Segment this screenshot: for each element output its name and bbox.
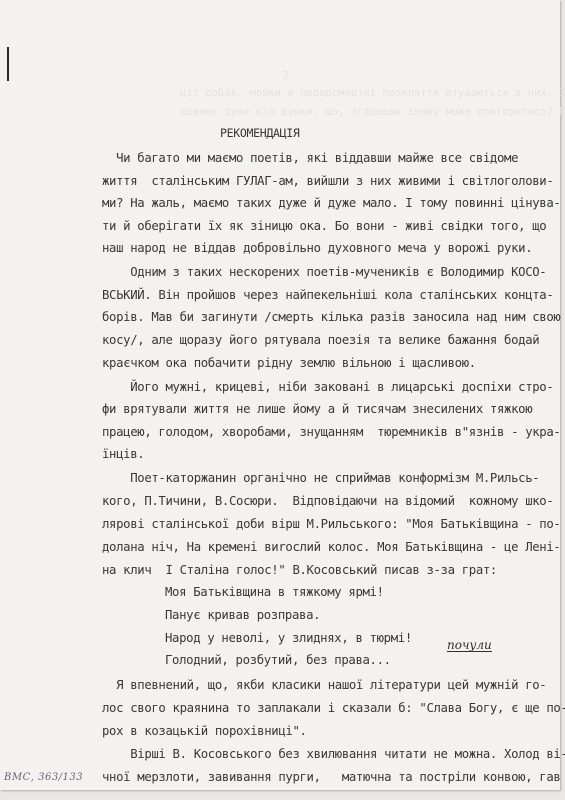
bleed-through-text: ціт собак, мойки й передсмертні проклятт… <box>180 87 565 99</box>
text-line: Вірші В. Косовського без хвилювання чита… <box>102 747 565 761</box>
handwritten-insertion: почули <box>447 640 492 652</box>
text-line: чної мерзлоти, завивання пурги, матючна … <box>102 770 560 784</box>
text-line: ВСЬКИЙ. Він пройшов через найпекельніші … <box>102 288 553 302</box>
bleed-through-text: хвилює дуже він думки, що, згадавши знов… <box>180 106 565 118</box>
text-line: наш народ не віддав добровільно духовног… <box>102 241 532 255</box>
text-line: борів. Мав би загинути /смерть кілька ра… <box>102 310 560 324</box>
bleed-through-text: - 2 - <box>270 70 302 82</box>
text-line: рох в козацькій порохівниці". <box>102 724 307 738</box>
text-line: Одним з таких нескорених поетів-мученикі… <box>102 265 546 279</box>
text-line: краєчком ока побачити рідну землю вільно… <box>102 356 476 370</box>
text-line: лос свого краянина то заплакали і сказал… <box>102 701 565 715</box>
text-line: на клич І Сталіна голос!" В.Косовський п… <box>102 563 497 577</box>
text-line: життя сталінським ГУЛАГ-ам, вийшли з них… <box>102 174 553 188</box>
text-line: лярові сталінської доби вірш М.Рильськог… <box>102 517 560 531</box>
text-line: косу/, але щоразу його рятувала поезія т… <box>102 333 539 347</box>
document-page: - 2 - ціт собак, мойки й передсмертні пр… <box>0 0 560 790</box>
text-line: фи врятували життя не лише йому а й тися… <box>102 402 532 416</box>
verse-line: Панує кривав розправа. <box>165 608 320 622</box>
verse-line: Народ у неволі, у злиднях, в тюрмі! <box>165 631 412 645</box>
text-line: долана ніч, На кремені виrослий колос. М… <box>102 540 560 554</box>
text-line: кого, П.Тичини, В.Сосюри. Відповідаючи н… <box>102 494 553 508</box>
text-line: Поет-каторжанин органічно не сприймав ко… <box>102 471 539 485</box>
text-line: працею, голодом, хворобами, знущанням тю… <box>102 425 560 439</box>
margin-mark <box>7 47 9 81</box>
text-line: Його мужні, крицеві, ніби заковані в лиц… <box>102 380 553 394</box>
text-line: ми? На жаль, маємо таких дуже й дуже мал… <box>102 196 560 210</box>
verse-line: Голодний, розбутий, без права... <box>165 653 391 667</box>
text-line: Я впевнений, що, якби класики нашої літе… <box>102 678 546 692</box>
text-line: їнців. <box>102 447 144 461</box>
text-line: ти й оберігати їх як зіницю ока. Бо вони… <box>102 219 546 233</box>
verse-line: Моя Батьківщина в тяжкому ярмі! <box>165 585 384 599</box>
text-line: Чи багато ми маємо поетів, які віддавши … <box>102 151 518 165</box>
document-title: РЕКОМЕНДАЦІЯ <box>220 126 299 140</box>
archive-stamp: ВМС, 363/133 <box>4 772 83 783</box>
